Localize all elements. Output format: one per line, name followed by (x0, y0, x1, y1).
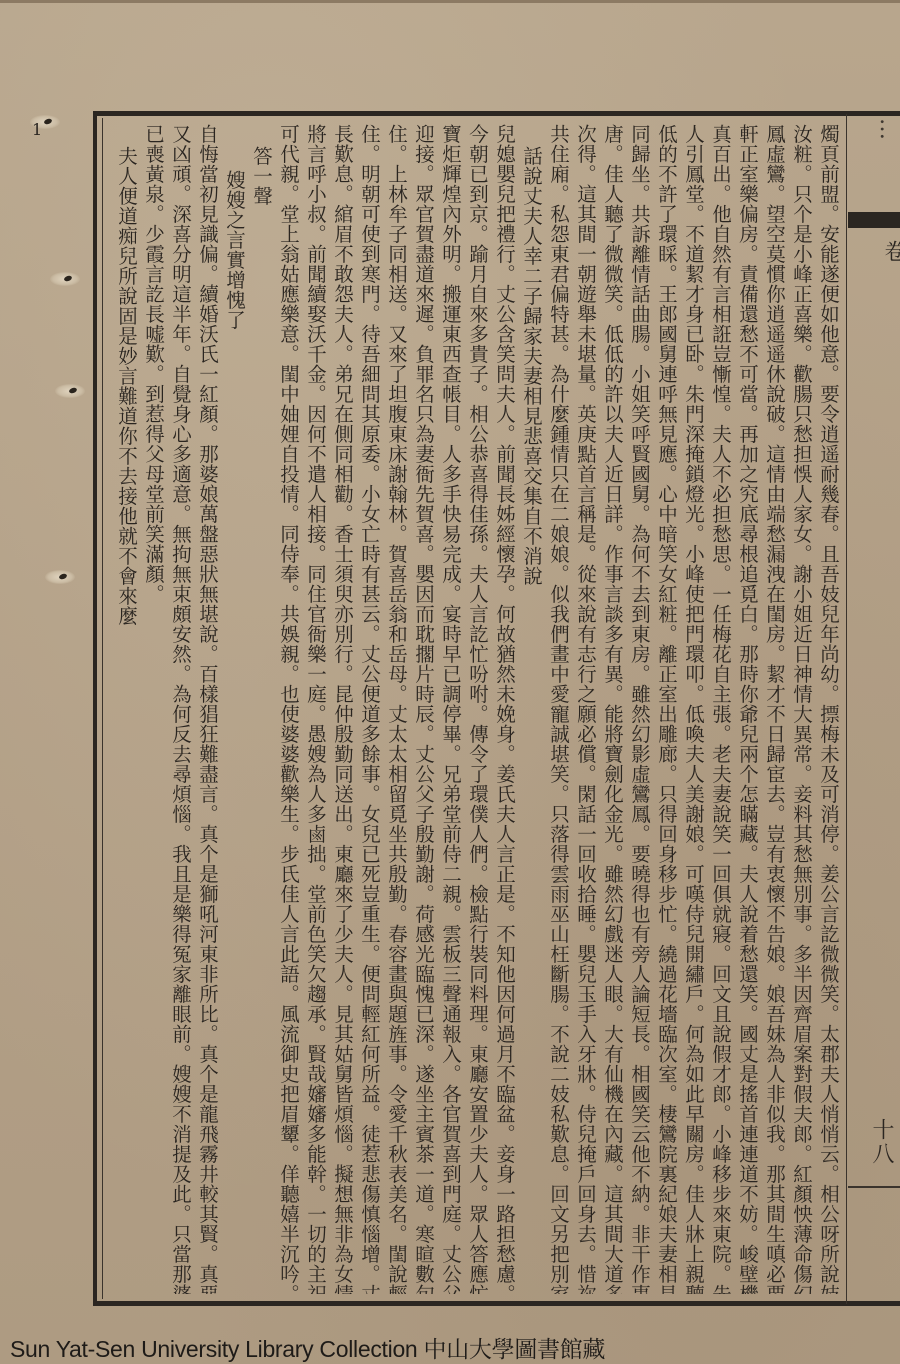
text-column: 今朝已到京。踰月自來多貴子。相公恭喜得佳孫。夫人言訖忙吩咐。傳令了環僕人們。檢點… (464, 124, 491, 1294)
text-column: 嫂嫂之言實增愧了 (221, 124, 248, 1294)
text-column: 長歎息。綰眉不敢怨夫人。弟兄在側同相勸。香士須臾亦別行。昆仲殷勤同送出。東廳來了… (329, 124, 356, 1294)
text-column: 共住廂。私怨東君偏特甚。為什麼鍾情只在二娘娘。似我們畫中愛寵誠堪笑。只落得雲雨巫… (545, 124, 572, 1294)
text-column: 話說丈夫人幸二子歸家夫妻相見悲喜交集自不消說 (518, 124, 545, 1294)
fold-page-rule (848, 1186, 900, 1188)
text-column: 又凶頑。深喜分明這半年。自覺身心多適意。無拘無束頗安然。為何反去尋煩惱。我且是樂… (167, 124, 194, 1294)
text-column: 將言呼小叔。前聞續娶沃千金。因何不遣人相接。同住官衙樂一庭。愚嫂為人多鹵拙。堂前… (302, 124, 329, 1294)
binding-hole-4 (45, 570, 75, 584)
text-column: 軒正室樂偏房。責備還愁不可當。再加之究底尋根追覓白。那時你爺兒兩个怎瞞藏。夫人說… (734, 124, 761, 1294)
text-column: 兒媳嬰兒把禮行。丈公含笑問夫人。前聞長姊經懷孕。何故猶然未娩身。姜氏夫人言正是。… (491, 124, 518, 1294)
text-column: 次得。這其間一朝遊舉未堪量。英庚點首言稱是。從來說有志行之願必償。閑話一回收拾睡… (572, 124, 599, 1294)
text-column: 燭頁前盟。安能遂便如他意。要令逍遥耐幾春。且吾妓兒年尚幼。摽梅未及可消停。姜公言… (815, 124, 842, 1294)
text-column: 人引鳳堂。不道絜才身已卧。朱門深掩鎖燈光。小峰使把門環叩。低喚夫人美謝娘。可嘆侍… (680, 124, 707, 1294)
text-column: 答一聲 (248, 124, 275, 1294)
margin-mark: 1 (32, 120, 42, 139)
text-column: 同歸坐。共訴離情話曲腸。小姐笑呼賢國舅。為何不去到東房。雖然幻影虛鸞鳳。要曉得也… (626, 124, 653, 1294)
main-text-block: 燭頁前盟。安能遂便如他意。要令逍遥耐幾春。且吾妓兒年尚幼。摽梅未及可消停。姜公言… (108, 124, 842, 1294)
binding-hole-2 (50, 272, 80, 286)
text-column: 真百出。他自然有言相誑豈慚惶。夫人不必担愁思。一任梅花自主張。老夫妻說笑一回俱就… (707, 124, 734, 1294)
text-column: 住。上林牟子同相送。又來了坦腹東床謝翰林。賀喜岳翁和岳母。丈太太相留覓坐共殷勤。… (383, 124, 410, 1294)
text-column: 可代親。堂上翁姑應樂意。閨中妯娌自投情。同侍奉。共娛親。也使婆婆歡樂生。步氏佳人… (275, 124, 302, 1294)
fold-column-title: … (878, 118, 900, 144)
binding-hole-3 (55, 384, 85, 398)
page-frame-inner-rule (102, 118, 103, 1299)
text-column: 迎接。眾官賀盡道來遲。負罪名只為妻衙先賀喜。嬰因而耽擱片時辰。丈公父子殷勤謝。荷… (410, 124, 437, 1294)
text-column: 夫人便道痴兒所說固是妙言難道你不去接他就不會來麼 (113, 124, 140, 1294)
fold-fishtail-block (848, 212, 900, 228)
page-top-edge (0, 0, 900, 3)
text-column: 鳳虛鸞。望空莫慣你逍遥遥休說破。這情由端愁漏洩在閨房。絜才不日歸宦去。豈有衷懷不… (761, 124, 788, 1294)
fold-volume-mark: 卷 (878, 240, 900, 262)
text-column: 住。明朝可使到寒門。待吾細問其原委。小女亡時有甚云。丈公便道多餘事。女兒已死豈重… (356, 124, 383, 1294)
text-column: 唐。佳人聽了微微笑。低低的許以夫人近日詳。作事言談多有異。能將寶劍化金光。雖然幻… (599, 124, 626, 1294)
fold-column-rule (846, 114, 847, 1304)
text-column: 已喪黃泉。少霞言訖長嘘歎。到惹得父母堂前笑滿顏。 (140, 124, 167, 1294)
text-column: 汝粧。只个是小峰正喜樂。歡腸只愁担悞人家女。謝小姐近日神情大異常。妾料其愁無別事… (788, 124, 815, 1294)
text-column: 低的不許了環睬。王郎國舅連呼無見應。心中暗笑女紅粧。離正室出雕廊。只得回身移步忙… (653, 124, 680, 1294)
text-column: 自悔當初見識偏。續婚沃氏一紅顏。那婆娘萬盤惡狀無堪說。百樣猖狂難盡言。真个是獅吼… (194, 124, 221, 1294)
text-column: 寶炬輝煌內外明。搬運東西查帳目。人多手快易完成。宴時早已調停畢。兄弟堂前侍二親。… (437, 124, 464, 1294)
library-watermark: Sun Yat-Sen University Library Collectio… (10, 1331, 605, 1364)
page-number: 十八 (866, 1118, 897, 1166)
